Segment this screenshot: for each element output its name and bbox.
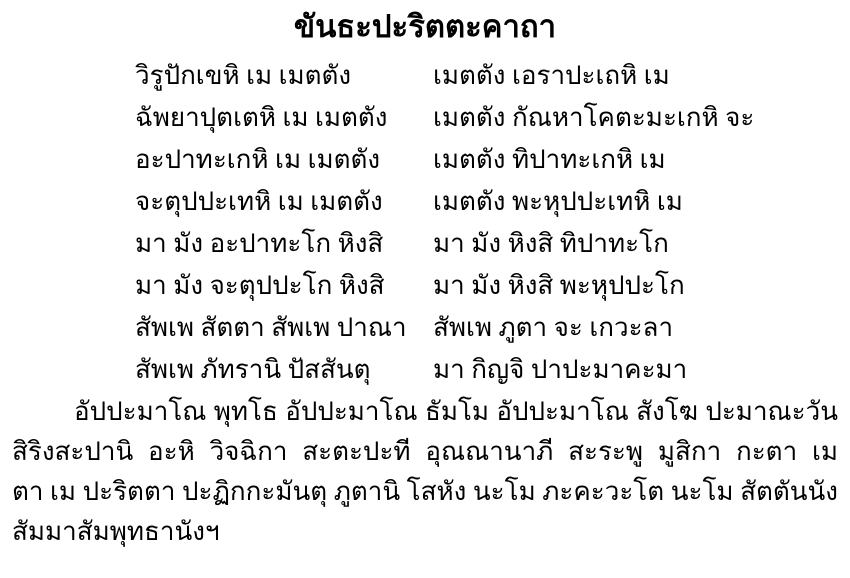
verse-line: มา มัง จะตุปปะโก หิงสิ มา มัง หิงสิ พะหุ… [0,264,850,306]
closing-paragraph: อัปปะมาโณ พุทโธ อัปปะมาโณ ธัมโม อัปปะมาโ… [12,392,838,552]
verse-left-text: อะปาทะเกหิ เม เมตตัง [135,139,433,180]
verse-left-text: ฉัพยาปุตเตหิ เม เมตตัง [135,97,433,138]
verse-line: อะปาทะเกหิ เม เมตตัง เมตตัง ทิปาทะเกหิ เ… [0,138,850,180]
verse-right-text: เมตตัง พะหุปปะเทหิ เม [433,181,840,222]
document-page: ขันธะปะริตตะคาถา วิรูปักเขหิ เม เมตตัง เ… [0,0,850,578]
verse-line: สัพเพ สัตตา สัพเพ ปาณา สัพเพ ภูตา จะ เกว… [0,306,850,348]
verse-right-text: เมตตัง กัณหาโคตะมะเกหิ จะ [433,97,840,138]
verse-left-text: จะตุปปะเทหิ เม เมตตัง [135,181,433,222]
verse-left-text: สัพเพ ภัทรานิ ปัสสันตุ [135,349,433,390]
paragraph-line: อัปปะมาโณ พุทโธ อัปปะมาโณ ธัมโม อัปปะมาโ… [12,392,838,432]
page-title: ขันธะปะริตตะคาถา [0,0,850,52]
paragraph-line: สัมมาสัมพุทธานังฯ [12,512,838,552]
verse-right-text: มา มัง หิงสิ ทิปาทะโก [433,223,840,264]
verse-left-text: สัพเพ สัตตา สัพเพ ปาณา [135,307,433,348]
verse-line: ฉัพยาปุตเตหิ เม เมตตัง เมตตัง กัณหาโคตะม… [0,96,850,138]
verse-line: จะตุปปะเทหิ เม เมตตัง เมตตัง พะหุปปะเทหิ… [0,180,850,222]
verse-line: สัพเพ ภัทรานิ ปัสสันตุ มา กิญจิ ปาปะมาคะ… [0,348,850,390]
paragraph-line: สิริงสะปานิ อะหิ วิจฉิกา สะตะปะที อุณณาน… [12,432,838,472]
verse-line: มา มัง อะปาทะโก หิงสิ มา มัง หิงสิ ทิปาท… [0,222,850,264]
verse-right-text: มา มัง หิงสิ พะหุปปะโก [433,265,840,306]
paragraph-line: ตา เม ปะริตตา ปะฏิกกะมันตุ ภูตานิ โสหัง … [12,472,838,512]
verse-right-text: เมตตัง ทิปาทะเกหิ เม [433,139,840,180]
verse-left-text: มา มัง อะปาทะโก หิงสิ [135,223,433,264]
verse-left-text: มา มัง จะตุปปะโก หิงสิ [135,265,433,306]
verse-right-text: มา กิญจิ ปาปะมาคะมา [433,349,840,390]
verse-left-text: วิรูปักเขหิ เม เมตตัง [135,55,433,96]
verse-right-text: เมตตัง เอราปะเถหิ เม [433,55,840,96]
verse-section: วิรูปักเขหิ เม เมตตัง เมตตัง เอราปะเถหิ … [0,54,850,390]
verse-right-text: สัพเพ ภูตา จะ เกวะลา [433,307,840,348]
verse-line: วิรูปักเขหิ เม เมตตัง เมตตัง เอราปะเถหิ … [0,54,850,96]
